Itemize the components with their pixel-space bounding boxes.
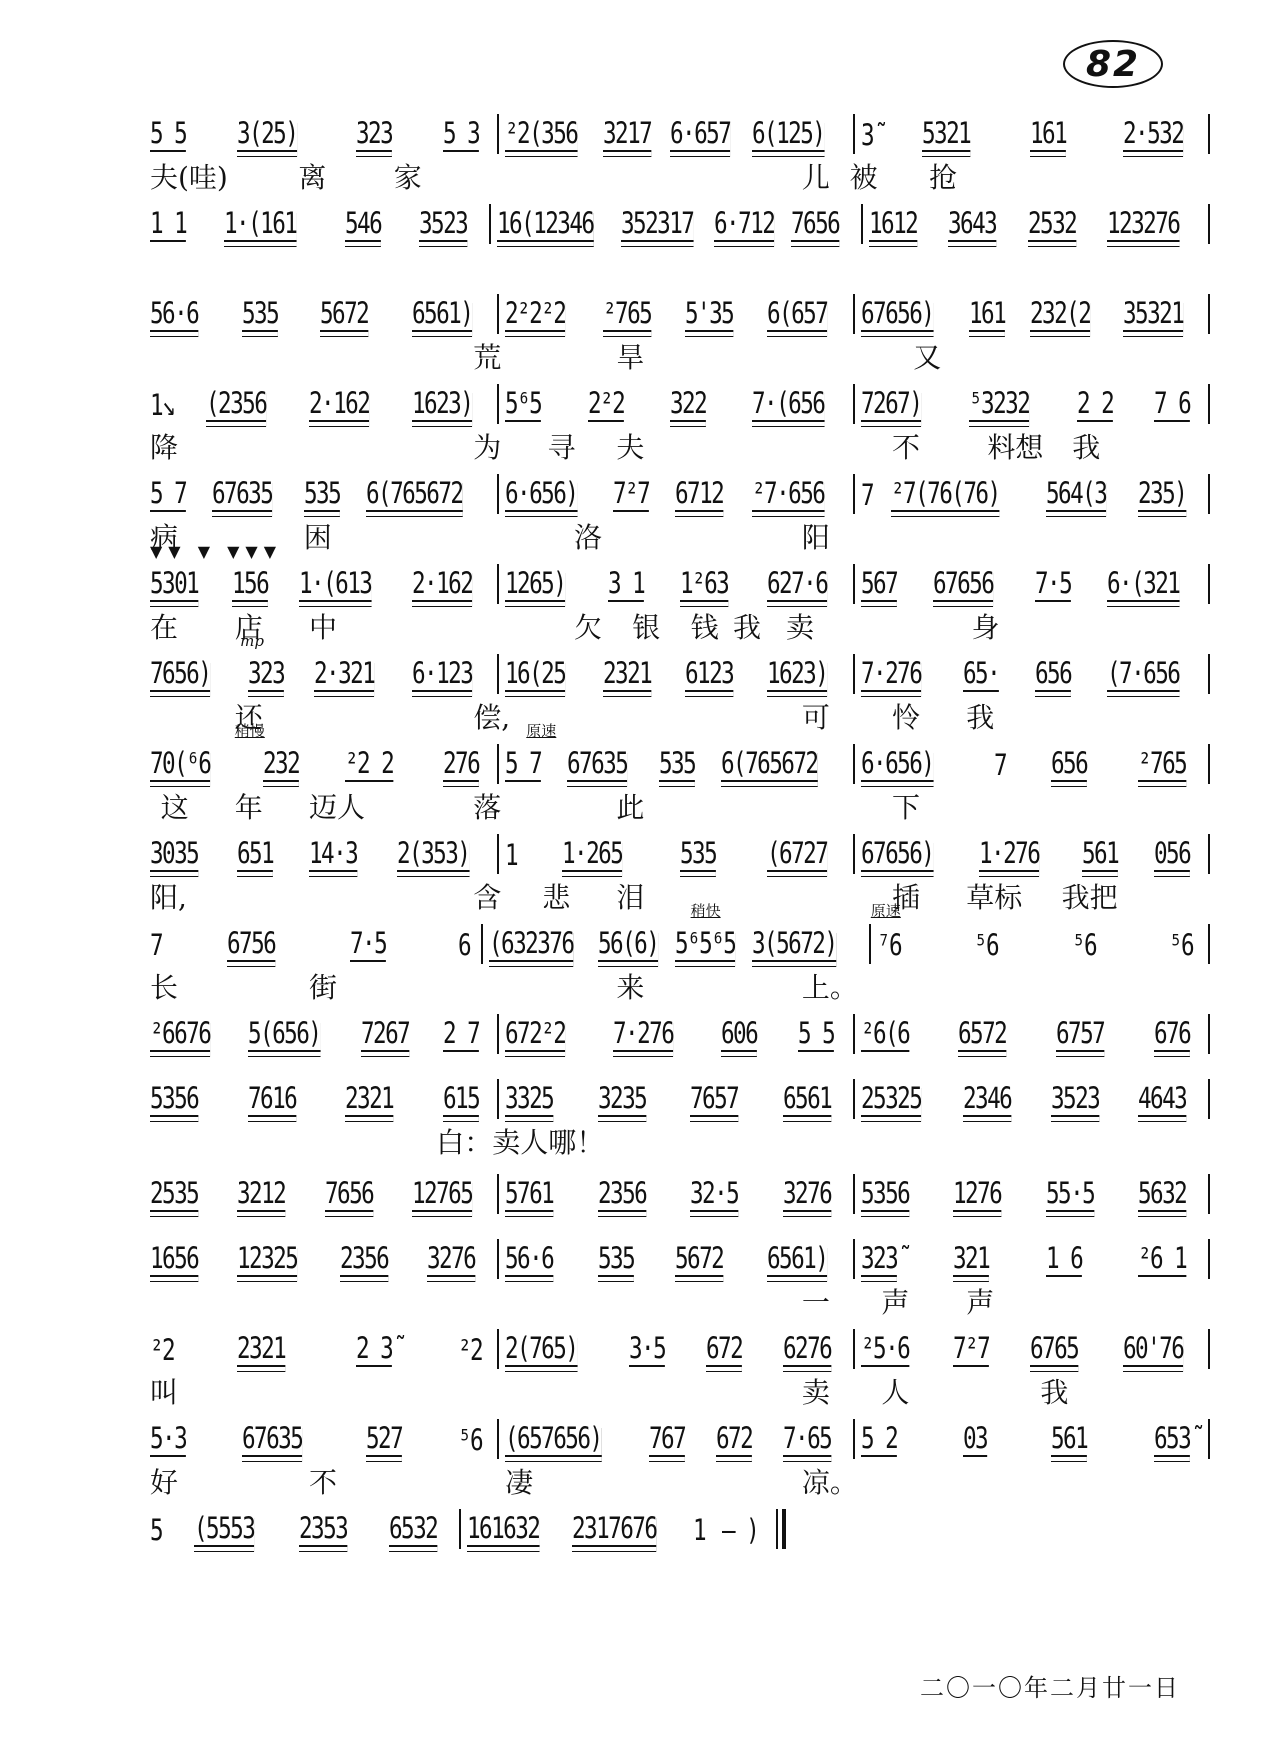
measure: 5356127655·55632: [855, 1168, 1208, 1212]
beat-notes: 561: [1082, 838, 1118, 872]
barline: [1208, 1329, 1210, 1369]
beat-notes: 1·(161: [224, 208, 296, 242]
lyric: 家: [394, 156, 422, 196]
music-system: 5 7676355356(7656726·656)7²76712²7·6567²…: [150, 468, 1210, 558]
beat-notes: 2317676: [572, 1513, 656, 1547]
beat-notes: 7·276: [613, 1018, 673, 1052]
beat-notes: 6(765672: [721, 748, 817, 782]
music-system: 7656)3232·3216·12316(25232161231623)7·27…: [150, 648, 1210, 738]
beat-notes: 7: [861, 480, 873, 512]
beat-notes: 6·(321: [1107, 568, 1179, 602]
tempo-mark: 原速: [871, 900, 901, 921]
measure: 67656)1·276561056: [855, 828, 1208, 872]
lyric: 怜: [892, 696, 920, 736]
beat-notes: (5553: [194, 1513, 254, 1547]
lyrics-row: 长街来上。: [150, 962, 1210, 1008]
lyric: 我: [1072, 426, 1100, 466]
lyric: 我: [733, 606, 761, 646]
barline: [1208, 1419, 1210, 1459]
beat-notes: 546: [345, 208, 381, 242]
beat-notes: ²6 1: [1138, 1243, 1186, 1277]
notes-row: 1656123252356327656·653556726561)323̃321…: [150, 1233, 1210, 1277]
dynamic-mark: mp: [240, 632, 264, 650]
beat-notes: 6572: [958, 1018, 1006, 1052]
beat-notes: ⁵3232: [969, 388, 1029, 422]
beat-notes: 7656: [791, 208, 839, 242]
beat-notes: 5·3: [150, 1423, 186, 1457]
beat-notes: 6: [458, 930, 470, 962]
beat-notes: 3217: [603, 118, 651, 152]
beat-notes: 5761: [505, 1178, 553, 1212]
measure: 56·653556726561): [499, 1233, 852, 1277]
beat-notes: 32·5: [690, 1178, 738, 1212]
lyrics-row: [150, 242, 1210, 288]
final-barline: [776, 1509, 786, 1549]
lyric: 长: [150, 966, 178, 1006]
measure: 7·27665·656(7·656: [855, 648, 1208, 692]
lyric: 我: [966, 696, 994, 736]
beat-notes: 5356: [150, 1083, 198, 1117]
lyric: 卖: [786, 606, 814, 646]
beat-notes: 676: [1154, 1018, 1190, 1052]
notes-row: 5(55532353653216163223176761— ): [150, 1503, 786, 1547]
lyric: 降: [150, 426, 178, 466]
beat-notes: 3(25): [237, 118, 297, 152]
beat-notes: 2 3̃: [356, 1333, 392, 1367]
beat-notes: 60'76: [1123, 1333, 1183, 1367]
lyric: 人: [881, 1371, 909, 1411]
beat-notes: 651: [237, 838, 273, 872]
beat-notes: 1656: [150, 1243, 198, 1277]
measure: (63237656(6)5⁶5⁶53(5672): [483, 918, 868, 962]
beat-notes: 235): [1138, 478, 1186, 512]
notes-row: 70(⁶6232²2 22765 7676355356(7656726·656)…: [150, 738, 1210, 782]
lyric: 儿: [802, 156, 830, 196]
lyric: 荒: [473, 336, 501, 376]
beat-notes: 2356: [598, 1178, 646, 1212]
lyric: 洛: [574, 516, 602, 556]
beat-notes: 7656): [150, 658, 210, 692]
beat-notes: 6712: [675, 478, 723, 512]
beat-notes: 3276: [783, 1178, 831, 1212]
measure: 5 7676355356(765672: [150, 468, 497, 512]
beat-notes: 03: [963, 1423, 987, 1457]
beat-notes: 564(3: [1046, 478, 1106, 512]
beat-notes: 67635: [567, 748, 627, 782]
measure: 2(765)3·56726276: [499, 1323, 852, 1367]
beat-notes: ⁵6: [974, 930, 998, 962]
lyric: 钱: [691, 606, 719, 646]
tempo-mark: 稍快: [691, 900, 721, 921]
lyric: 抢: [929, 156, 957, 196]
beat-notes: 3643: [948, 208, 996, 242]
beat-notes: 6561): [412, 298, 472, 332]
beat-notes: 1↘: [150, 390, 174, 422]
lyric: 好: [150, 1461, 178, 1501]
barline: [1208, 564, 1210, 604]
beat-notes: 5 5: [150, 118, 186, 152]
beat-notes: ²765: [603, 298, 651, 332]
beat-notes: 1·(613: [299, 568, 371, 602]
beat-notes: 6756: [227, 928, 275, 962]
music-system: 5 53(25)3235 3²2(35632176·6576(125)3̃532…: [150, 108, 1210, 198]
beat-notes: 5672: [675, 1243, 723, 1277]
beat-notes: 70(⁶6: [150, 748, 210, 782]
composition-date: 二〇一〇年二月廿一日: [920, 1668, 1180, 1703]
beat-notes: (7·656: [1107, 658, 1179, 692]
beat-notes: 615: [443, 1083, 479, 1117]
beat-notes: 5301: [150, 568, 198, 602]
beat-notes: 5632: [1138, 1178, 1186, 1212]
beat-notes: 323: [248, 658, 284, 692]
lyric: 为: [473, 426, 501, 466]
lyric: 此: [616, 786, 644, 826]
music-system: 5·367635527⁵6(657656)7676727·655 2035616…: [150, 1413, 1210, 1503]
measure: 303565114·32(353): [150, 828, 497, 872]
lyric: 凉。: [802, 1461, 858, 1501]
beat-notes: 5 5: [798, 1018, 834, 1052]
beat-notes: 7657: [690, 1083, 738, 1117]
measure: 1 11·(1615463523: [150, 198, 489, 242]
music-system: 53011561·(6132·1621265)3 11²63627·656767…: [150, 558, 1210, 648]
beat-notes: 672²2: [505, 1018, 565, 1052]
lyric: 旱: [616, 336, 644, 376]
beat-notes: 2·532: [1123, 118, 1183, 152]
beat-notes: ²2: [458, 1335, 482, 1367]
beat-notes: 123276: [1107, 208, 1179, 242]
beat-notes: 656: [1051, 748, 1087, 782]
beat-notes: 5 3: [443, 118, 479, 152]
beat-notes: 1: [693, 1515, 705, 1547]
beat-notes: ²7(76(76): [891, 478, 1000, 512]
beat-notes: 67635: [242, 1423, 302, 1457]
beat-notes: 2·321: [314, 658, 374, 692]
measure: 5 53(25)3235 3: [150, 108, 497, 152]
lyric: 迈人: [309, 786, 365, 826]
beat-notes: ²5·6: [861, 1333, 909, 1367]
beat-notes: 561: [1051, 1423, 1087, 1457]
beat-notes: 5 7: [505, 748, 541, 782]
beat-notes: 3 1: [608, 568, 644, 602]
beat-notes: 7 6: [1154, 388, 1190, 422]
beat-notes: 6123: [685, 658, 733, 692]
beat-notes: 5'35: [685, 298, 733, 332]
beat-notes: 55·5: [1046, 1178, 1094, 1212]
beat-notes: 1·276: [979, 838, 1039, 872]
beat-notes: 3·5: [629, 1333, 665, 1367]
beat-notes: 6·712: [714, 208, 774, 242]
beat-notes: 7267): [861, 388, 921, 422]
beat-notes: 535: [659, 748, 695, 782]
beat-notes: (2356: [206, 388, 266, 422]
measure: 1↘(23562·1621623): [150, 378, 497, 422]
lyrics-row: 白：卖人哪！: [150, 1117, 1210, 1163]
measure: 16(25232161231623): [499, 648, 852, 692]
lyrics-row: 病困洛阳: [150, 512, 1210, 558]
beat-notes: 67656: [933, 568, 993, 602]
lyric: 我把: [1062, 876, 1118, 916]
measure: ²5·67²7676560'76: [855, 1323, 1208, 1367]
beat-notes: 3212: [237, 1178, 285, 1212]
lyrics-row: 还偿,可怜我: [150, 692, 1210, 738]
lyric: 在: [150, 606, 178, 646]
beat-notes: 535: [304, 478, 340, 512]
lyric: 含: [473, 876, 501, 916]
measure: 672²27·2766065 5: [499, 1008, 852, 1052]
barline: [1208, 834, 1210, 874]
beat-notes: 7·276: [861, 658, 921, 692]
barline: [1208, 1239, 1210, 1279]
notes-row: 5 53(25)3235 3²2(35632176·6576(125)3̃532…: [150, 108, 1210, 152]
music-system: 1↘(23562·1621623)5⁶52²23227·(6567267)⁵32…: [150, 378, 1210, 468]
beat-notes: 5⁶5⁶5: [675, 928, 735, 962]
beat-notes: 2346: [963, 1083, 1011, 1117]
beat-notes: 14·3: [309, 838, 357, 872]
lyric: 离: [298, 156, 326, 196]
measure: 535676162321615: [150, 1073, 497, 1117]
beat-notes: 056: [1154, 838, 1190, 872]
beat-notes: 5⁶5: [505, 388, 541, 422]
notes-row: 303565114·32(353)11·265535(672767656)1·2…: [150, 828, 1210, 872]
beat-notes: 1 6: [1046, 1243, 1082, 1277]
beat-notes: ²6(6: [861, 1018, 909, 1052]
measure: 5 7676355356(765672: [499, 738, 852, 782]
beat-notes: 3̃: [861, 120, 873, 152]
beat-notes: 1 1: [150, 208, 186, 242]
beat-notes: 6276: [783, 1333, 831, 1367]
lyrics-row: 好不凄凉。: [150, 1457, 1210, 1503]
beat-notes: 156: [232, 568, 268, 602]
lyrics-row: 阳,含悲泪插草标我把: [150, 872, 1210, 918]
beat-notes: 2(765): [505, 1333, 577, 1367]
beat-notes: 352317: [621, 208, 693, 242]
beat-notes: 323: [356, 118, 392, 152]
beat-notes: 3325: [505, 1083, 553, 1117]
music-system: ²66765(656)72672 7672²27·2766065 5²6(665…: [150, 1008, 1210, 1073]
music-system: 1656123252356327656·653556726561)323̃321…: [150, 1233, 1210, 1323]
beat-notes: 3(5672): [752, 928, 836, 962]
beat-notes: 2321: [603, 658, 651, 692]
measure: 11·265535(6727: [499, 828, 852, 872]
beat-notes: 67656): [861, 838, 933, 872]
beat-notes: 2·162: [309, 388, 369, 422]
beat-notes: 161: [969, 298, 1005, 332]
barline: [1208, 114, 1210, 154]
lyric: 身: [972, 606, 1000, 646]
measure: 53011561·(6132·162: [150, 558, 497, 602]
beat-notes: 7·5: [1035, 568, 1071, 602]
lyric: 银: [632, 606, 660, 646]
lyric: 夫: [616, 426, 644, 466]
accent-marks: ▼▼ ▼ ▼▼▼: [150, 542, 282, 561]
beat-notes: 67656): [861, 298, 933, 332]
beat-notes: 6·656): [505, 478, 577, 512]
beat-notes: ⁵6: [1169, 930, 1193, 962]
lyric: 泪: [616, 876, 644, 916]
lyrics-row: 叫卖人我: [150, 1367, 1210, 1413]
beat-notes: 2353: [299, 1513, 347, 1547]
beat-notes: 5: [150, 1515, 162, 1547]
lyric: 叫: [150, 1371, 178, 1411]
beat-notes: 1·265: [562, 838, 622, 872]
lyric: 这: [161, 786, 189, 826]
beat-notes: (6727: [767, 838, 827, 872]
beat-notes: 16(25: [505, 658, 565, 692]
beat-notes: 567: [861, 568, 897, 602]
beat-notes: 6561): [767, 1243, 827, 1277]
tempo-mark: 原速: [526, 720, 556, 741]
measure: ²2(35632176·6576(125): [499, 108, 852, 152]
notes-row: 53011561·(6132·1621265)3 11²63627·656767…: [150, 558, 1210, 602]
beat-notes: 1: [505, 840, 517, 872]
measure: (657656)7676727·65: [499, 1413, 852, 1457]
barline: [1208, 384, 1210, 424]
lyric: 寻: [548, 426, 576, 466]
lyric: 一: [802, 1281, 830, 1321]
beat-notes: 5 2: [861, 1423, 897, 1457]
measure: ²66765(656)72672 7: [150, 1008, 497, 1052]
beat-notes: 527: [366, 1423, 402, 1457]
measure: 3325323576576561: [499, 1073, 852, 1117]
barline: [1208, 744, 1210, 784]
lyric: 困: [304, 516, 332, 556]
beat-notes: 7·5: [350, 928, 386, 962]
beat-notes: 35321: [1123, 298, 1183, 332]
lyric: 偿,: [473, 696, 510, 736]
beat-notes: 322: [670, 388, 706, 422]
barline: [1208, 1174, 1210, 1214]
lyric: 不: [892, 426, 920, 466]
lyric: 中: [309, 606, 337, 646]
tempo-mark: 稍慢: [235, 720, 265, 741]
lyric: 落: [473, 786, 501, 826]
beat-notes: 7·(656: [752, 388, 824, 422]
beat-notes: 1265): [505, 568, 565, 602]
beat-notes: ⁷6: [877, 930, 901, 962]
beat-notes: 232: [263, 748, 299, 782]
beat-notes: 56·6: [150, 298, 198, 332]
lyric: 街: [309, 966, 337, 1006]
measure: ²223212 3̃²2: [150, 1323, 497, 1367]
measure: 5761235632·53276: [499, 1168, 852, 1212]
beat-notes: 6561: [783, 1083, 831, 1117]
beat-notes: 5356: [861, 1178, 909, 1212]
beat-notes: 5321: [922, 118, 970, 152]
barline: [1208, 1014, 1210, 1054]
beat-notes: 5672: [320, 298, 368, 332]
lyrics-row: 荒旱又: [150, 332, 1210, 378]
beat-notes: 2(353): [397, 838, 469, 872]
lyric: 年: [235, 786, 263, 826]
beat-notes: 6765: [1030, 1333, 1078, 1367]
beat-notes: ⁵6: [458, 1425, 482, 1457]
lyrics-row: 夫(哇)离家儿被抢: [150, 152, 1210, 198]
lyric: 不: [309, 1461, 337, 1501]
beat-notes: 6·123: [412, 658, 472, 692]
lyric: 声: [966, 1281, 994, 1321]
beat-notes: 65·: [963, 658, 999, 692]
beat-notes: 653̃: [1154, 1423, 1190, 1457]
measure: 3̃53211612·532: [855, 108, 1208, 152]
measure: 16561232523563276: [150, 1233, 497, 1277]
notes-row: 253532127656127655761235632·532765356127…: [150, 1168, 1210, 1212]
beat-notes: ²6676: [150, 1018, 210, 1052]
beat-notes: 161: [1030, 118, 1066, 152]
measure: 70(⁶6232²2 2276: [150, 738, 497, 782]
beat-notes: 16(12346: [497, 208, 593, 242]
score: 5 53(25)3235 3²2(35632176·6576(125)3̃532…: [150, 108, 1210, 1563]
measure: 25353212765612765: [150, 1168, 497, 1212]
lyric: 悲: [542, 876, 570, 916]
lyric: 上。: [802, 966, 858, 1006]
beat-notes: 1²63: [680, 568, 728, 602]
measure: 767567·56: [150, 918, 481, 962]
measure: 5 203561653̃: [855, 1413, 1208, 1457]
notes-row: 5·367635527⁵6(657656)7676727·655 2035616…: [150, 1413, 1210, 1457]
beat-notes: ²2 2: [345, 748, 393, 782]
beat-notes: 6(125): [752, 118, 824, 152]
beat-notes: 672: [716, 1423, 752, 1457]
beat-notes: 6·657: [670, 118, 730, 152]
beat-notes: 7656: [325, 1178, 373, 1212]
music-system: 70(⁶6232²2 22765 7676355356(7656726·656)…: [150, 738, 1210, 828]
music-system: 303565114·32(353)11·265535(672767656)1·2…: [150, 828, 1210, 918]
beat-notes: 2·162: [412, 568, 472, 602]
beat-notes: 7267: [361, 1018, 409, 1052]
barline: [1208, 1079, 1210, 1119]
beat-notes: ²7·656: [752, 478, 824, 512]
measure: 7656)3232·3216·123: [150, 648, 497, 692]
measure: 5(555323536532: [150, 1503, 459, 1547]
notes-row: 5 7676355356(7656726·656)7²76712²7·6567²…: [150, 468, 1210, 512]
beat-notes: 276: [443, 748, 479, 782]
measure: 6·656)7656²765: [855, 738, 1208, 782]
beat-notes: 535: [680, 838, 716, 872]
spoken-line: 白：卖人哪！: [436, 1121, 604, 1161]
measure: 161236432532123276: [863, 198, 1208, 242]
lyrics-row: 降为寻夫不料想我: [150, 422, 1210, 468]
music-system: 56·653556726561)2²2²2²7655'356(65767656)…: [150, 288, 1210, 378]
beat-notes: 323̃: [861, 1243, 897, 1277]
beat-notes: 12325: [237, 1243, 297, 1277]
beat-notes: 321: [953, 1243, 989, 1277]
measure: 5·367635527⁵6: [150, 1413, 497, 1457]
beat-notes: 1623): [767, 658, 827, 692]
beat-notes: 5(656): [248, 1018, 320, 1052]
beat-notes: 6(657: [767, 298, 827, 332]
measure: 2²2²2²7655'356(657: [499, 288, 852, 332]
beat-notes: 656: [1035, 658, 1071, 692]
beat-notes: 2²2²2: [505, 298, 565, 332]
notes-row: 1↘(23562·1621623)5⁶52²23227·(6567267)⁵32…: [150, 378, 1210, 422]
beat-notes: 56·6: [505, 1243, 553, 1277]
beat-notes: 6·656): [861, 748, 933, 782]
lyric: 来: [616, 966, 644, 1006]
music-system: ²223212 3̃²22(765)3·56726276²5·67²767656…: [150, 1323, 1210, 1413]
lyric: 草标: [966, 876, 1022, 916]
music-system: 5(55532353653216163223176761— ): [150, 1503, 1210, 1563]
beat-notes: 3235: [598, 1083, 646, 1117]
measure: 7²7(76(76)564(3235): [855, 468, 1208, 512]
beat-notes: ²765: [1138, 748, 1186, 782]
measure: 16163223176761— ): [461, 1503, 776, 1547]
beat-notes: 1276: [953, 1178, 1001, 1212]
beat-notes: 3035: [150, 838, 198, 872]
lyric: 我: [1040, 1371, 1068, 1411]
notes-row: 1 11·(161546352316(123463523176·71276561…: [150, 198, 1210, 242]
lyrics-row: 这年迈人落此下: [150, 782, 1210, 828]
beat-notes: 4643: [1138, 1083, 1186, 1117]
